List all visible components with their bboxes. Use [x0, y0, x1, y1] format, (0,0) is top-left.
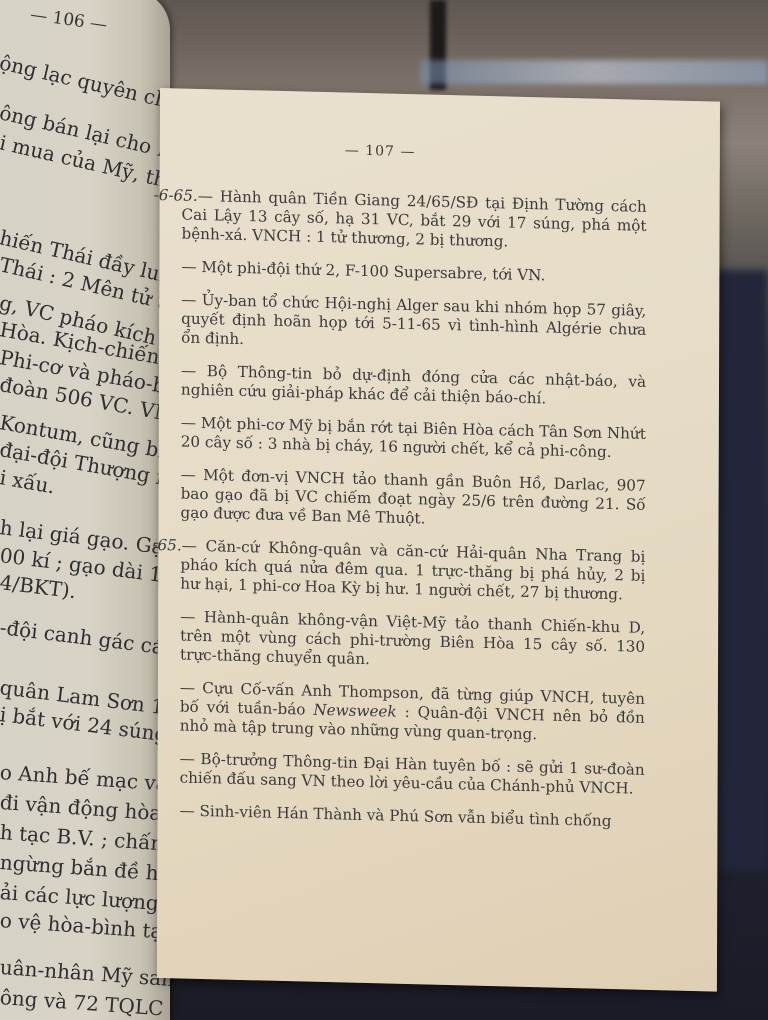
right-page: — 107 — -6-65.— Hành quân Tiền Giang 24/… [157, 88, 720, 992]
left-page-number: — 106 — [29, 5, 108, 36]
background-shelf [420, 60, 768, 84]
entry: — Bộ-trưởng Thông-tin Đại Hàn tuyên bố :… [180, 749, 645, 798]
entry: — Một đơn-vị VNCH tảo thanh gần Buôn Hồ,… [180, 466, 645, 534]
left-page-line: ông và 72 TQLC đã [0, 985, 170, 1020]
entry: — Một phi-cơ Mỹ bị bắn rớt tại Biên Hòa … [181, 414, 646, 463]
entry: — Bộ Thông-tin bỏ dự-định đóng cửa các n… [181, 362, 646, 411]
left-page-line: i xấu. [0, 465, 57, 498]
left-page-line: -đội canh gác các trụ [0, 615, 170, 665]
entry: -6-65.— Hành quân Tiền Giang 24/65/SĐ tạ… [181, 187, 646, 255]
entry: — Một phi-đội thứ 2, F-100 Supersabre, t… [181, 258, 646, 288]
entry: — Hành-quân không-vận Việt-Mỹ tảo thanh … [180, 607, 645, 675]
left-page: — 106 — ộng lạc quyên cho đồông bán lại … [0, 0, 170, 1020]
right-page-text: -6-65.— Hành quân Tiền Giang 24/65/SĐ tạ… [179, 187, 646, 846]
entry: — Cựu Cố-vấn Anh Thompson, đã từng giúp … [180, 678, 645, 746]
entry: — Ủy-ban tổ chức Hội-nghị Alger sau khi … [181, 291, 646, 359]
right-page-number: — 107 — [345, 143, 416, 161]
entry: — Sinh-viên Hán Thành và Phú Sơn vẫn biể… [179, 801, 644, 831]
entry: -65.— Căn-cứ Không-quân và căn-cứ Hải-qu… [180, 537, 645, 605]
